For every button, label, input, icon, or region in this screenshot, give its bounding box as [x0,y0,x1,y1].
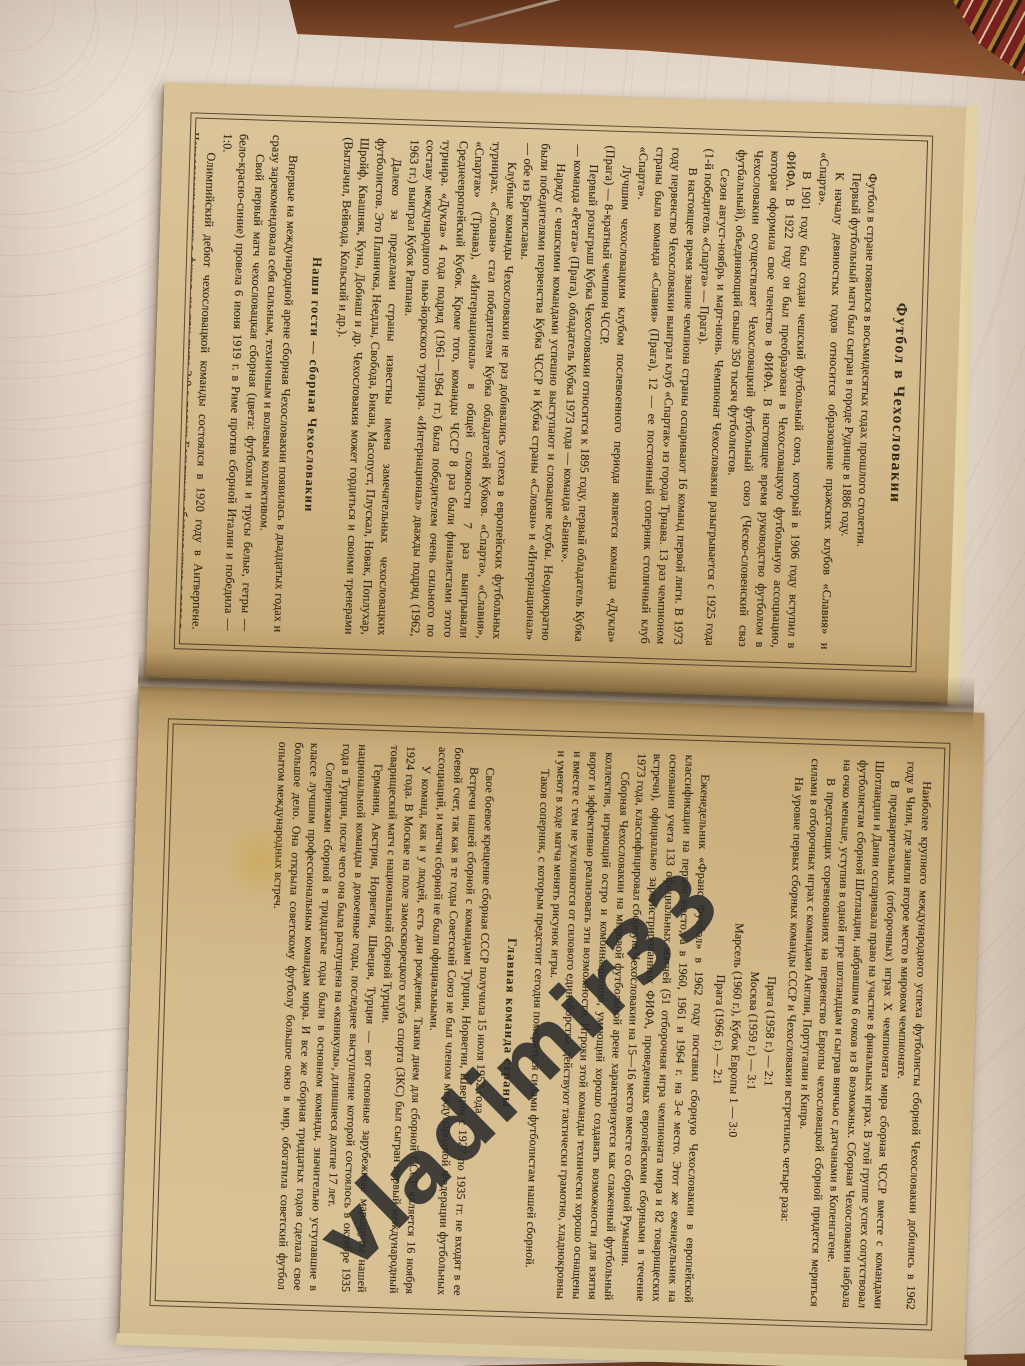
page-rule-frame: Наиболее крупного международного успеха … [155,723,946,1325]
body-paragraph: В 1901 году был создан чешский футбольны… [718,149,816,648]
floor-background [0,0,1025,92]
page-rule-frame: Футбол в Чехословакии Футбол в стране по… [179,117,928,667]
booklet-page-left: Футбол в Чехословакии Футбол в стране по… [146,83,969,703]
section-heading: Наши гости — сборная Чехословакии [297,136,328,633]
page-title: Футбол в Чехословакии [881,155,915,652]
body-paragraph: Клубные команды Чехословакии не раз доби… [390,139,520,639]
booklet-page-right: Наиболее крупного международного успеха … [119,686,984,1362]
section-heading: Главная команда страны [493,749,525,1297]
match-results-list: Прага (1958 г.) — 2:1 Москва (1959 г.) —… [702,756,787,1306]
photo-of-open-booklet: Футбол в Чехословакии Футбол в стране по… [0,0,1025,1366]
